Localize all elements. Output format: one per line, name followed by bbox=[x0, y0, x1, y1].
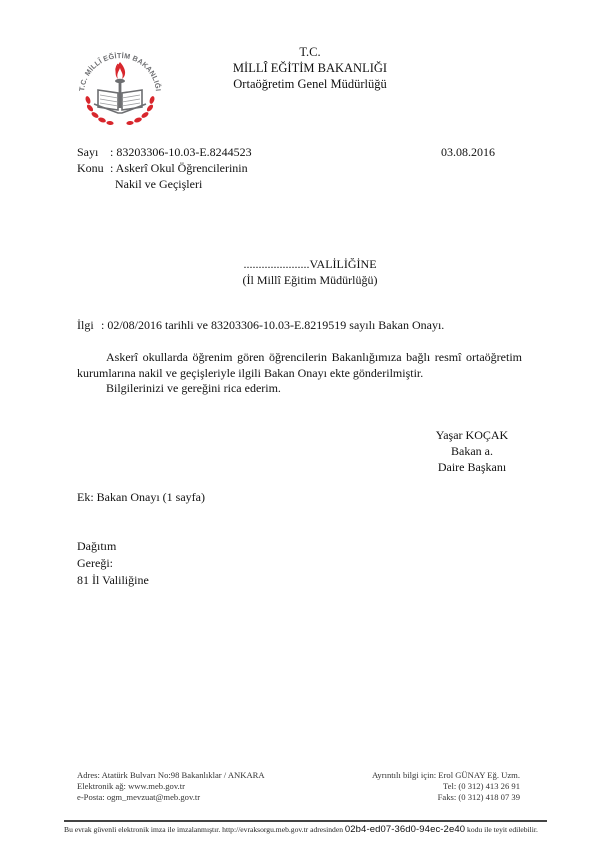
footer-contact-person: Ayrıntılı bilgi için: Erol GÜNAY Eğ. Uzm… bbox=[330, 770, 520, 781]
document-date: 03.08.2016 bbox=[441, 145, 495, 160]
footer-tel: Tel: (0 312) 413 26 91 bbox=[330, 781, 520, 792]
addressee-line1: ......................VALİLİĞİNE bbox=[200, 256, 420, 272]
distribution-subtitle: Gereği: bbox=[77, 555, 149, 572]
distribution-title: Dağıtım bbox=[77, 538, 149, 555]
signatory-name: Yaşar KOÇAK bbox=[392, 427, 552, 443]
footer-contact-left: Adres: Atatürk Bulvarı No:98 Bakanlıklar… bbox=[77, 770, 265, 803]
ilgi-value: : 02/08/2016 tarihli ve 83203306-10.03-E… bbox=[101, 318, 444, 332]
sayi-row: Sayı: 83203306-10.03-E.8244523 bbox=[77, 145, 252, 160]
meb-emblem-icon: T.C. MİLLÎ EĞİTİM BAKANLIĞI bbox=[72, 38, 168, 134]
ilgi-label: İlgi bbox=[77, 318, 101, 333]
konu-value: : Askerî Okul Öğrencilerinin bbox=[110, 161, 248, 175]
footer-fax: Faks: (0 312) 418 07 39 bbox=[330, 792, 520, 803]
signatory-role-1: Bakan a. bbox=[392, 443, 552, 459]
verification-code: 02b4-ed07-36d0-94ec-2e40 bbox=[345, 824, 465, 835]
konu-value-line2: Nakil ve Geçişleri bbox=[115, 177, 202, 192]
konu-label: Konu bbox=[77, 161, 110, 176]
header-directorate: Ortaöğretim Genel Müdürlüğü bbox=[200, 76, 420, 92]
footer-email: e-Posta: ogm_mevzuat@meb.gov.tr bbox=[77, 792, 265, 803]
signatory-role-2: Daire Başkanı bbox=[392, 459, 552, 475]
verification-suffix: kodu ile teyit edilebilir. bbox=[467, 825, 538, 834]
footer-address: Adres: Atatürk Bulvarı No:98 Bakanlıklar… bbox=[77, 770, 265, 781]
body-paragraph-2: Bilgilerinizi ve gereğini rica ederim. bbox=[106, 381, 281, 397]
sayi-label: Sayı bbox=[77, 145, 110, 160]
footer-contact-right: Ayrıntılı bilgi için: Erol GÜNAY Eğ. Uzm… bbox=[330, 770, 520, 803]
e-signature-verification: Bu evrak güvenli elektronik imza ile imz… bbox=[64, 825, 554, 835]
ilgi-row: İlgi: 02/08/2016 tarihli ve 83203306-10.… bbox=[77, 318, 444, 333]
header-tc: T.C. bbox=[200, 44, 420, 60]
signature-block: Yaşar KOÇAK Bakan a. Daire Başkanı bbox=[392, 427, 552, 475]
attachment-note: Ek: Bakan Onayı (1 sayfa) bbox=[77, 490, 205, 505]
distribution-recipient: 81 İl Valiliğine bbox=[77, 572, 149, 589]
sayi-value: : 83203306-10.03-E.8244523 bbox=[110, 145, 252, 159]
letterhead: T.C. MİLLÎ EĞİTİM BAKANLIĞI Ortaöğretim … bbox=[200, 44, 420, 92]
addressee-line2: (İl Millî Eğitim Müdürlüğü) bbox=[200, 272, 420, 288]
header-ministry: MİLLÎ EĞİTİM BAKANLIĞI bbox=[200, 60, 420, 76]
footer-web: Elektronik ağ: www.meb.gov.tr bbox=[77, 781, 265, 792]
addressee: ......................VALİLİĞİNE (İl Mil… bbox=[200, 256, 420, 288]
konu-row: Konu: Askerî Okul Öğrencilerinin bbox=[77, 161, 248, 176]
verification-prefix: Bu evrak güvenli elektronik imza ile imz… bbox=[64, 825, 343, 834]
body-paragraph-1: Askerî okullarda öğrenim gören öğrencile… bbox=[77, 350, 522, 381]
distribution-block: Dağıtım Gereği: 81 İl Valiliğine bbox=[77, 538, 149, 589]
footer-divider bbox=[64, 820, 547, 822]
